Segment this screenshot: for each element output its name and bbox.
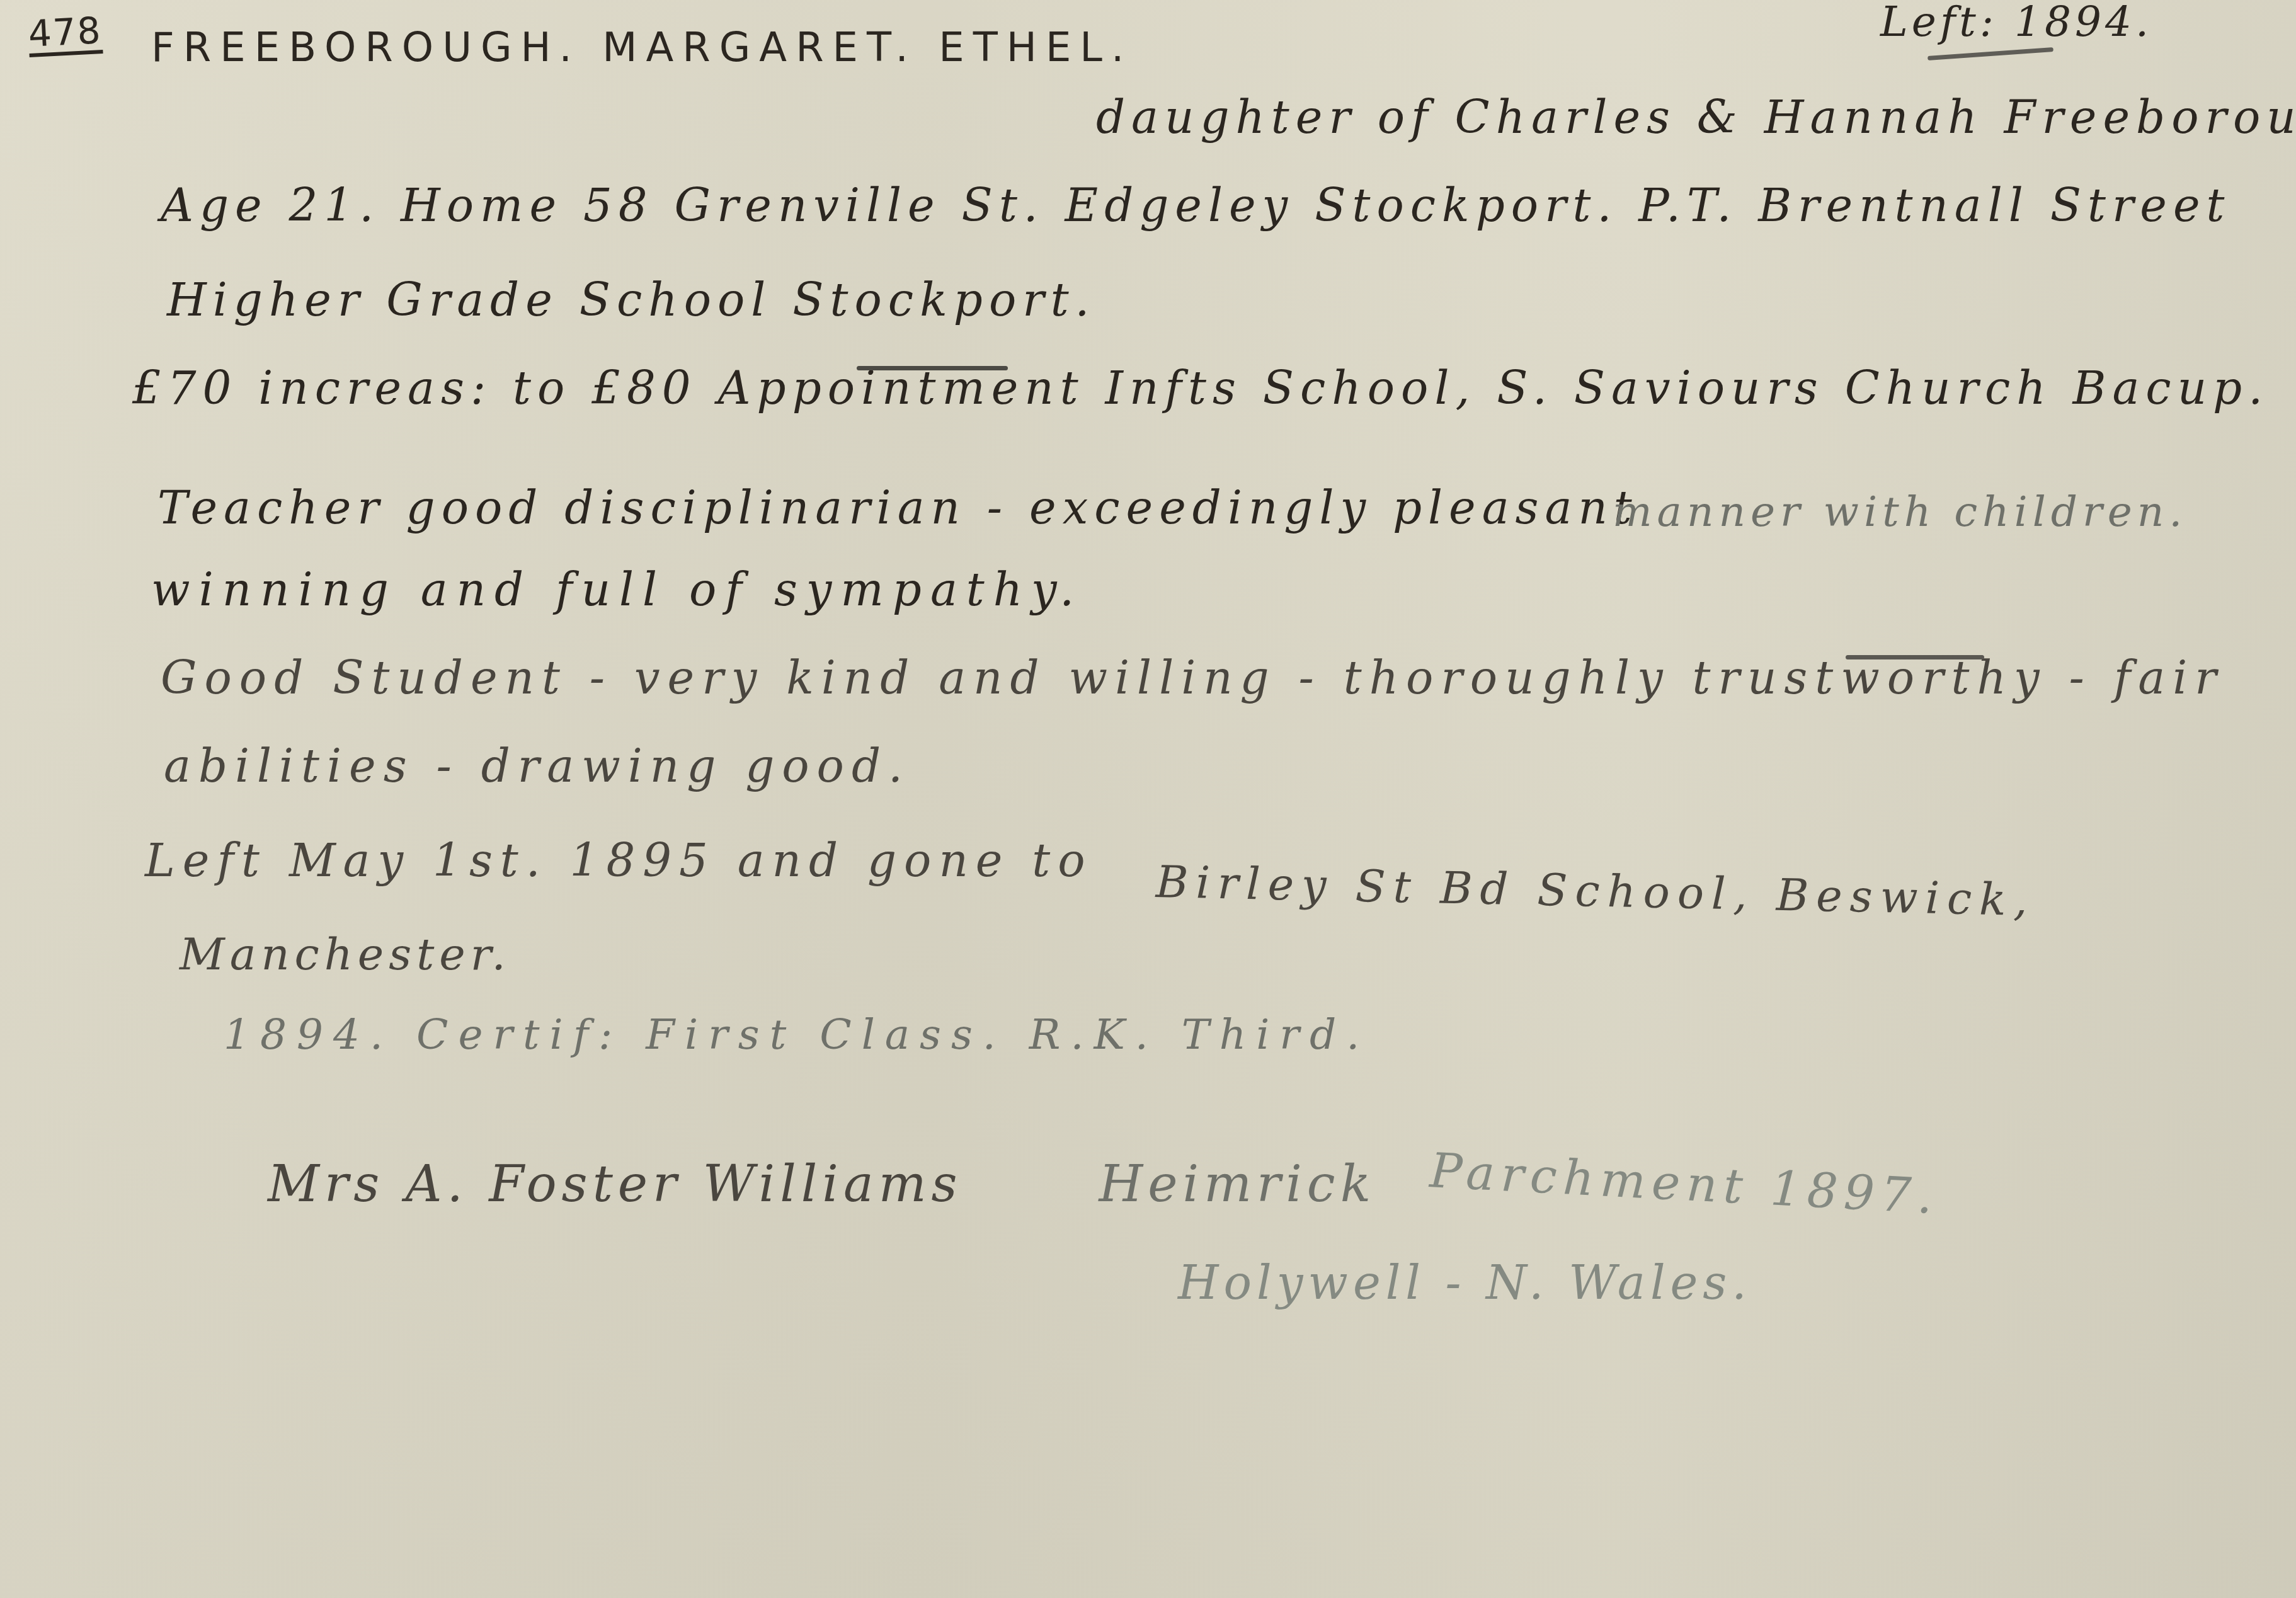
certificate-line: 1894. Certif: First Class. R.K. Third. [224,1014,1369,1056]
parchment-note: Parchment 1897. [1429,1146,1940,1221]
appointment-line: £70 increas: to £80 Appointment Infts Sc… [132,365,2269,411]
left-year-underline [1928,47,2053,60]
left-destination-line: Birley St Bd School, Beswick, [1155,860,2035,922]
teacher-report-line: Teacher good disciplinarian - exceedingl… [157,485,1638,530]
teacher-report-continuation: winning and full of sympathy. [151,567,1083,612]
student-report-continuation: abilities - drawing good. [164,743,910,789]
appointment-underline [857,366,1008,370]
left-city-line: Manchester. [180,932,511,976]
register-page: 478 FREEBOROUGH. MARGARET. ETHEL. Left: … [0,0,2296,1598]
teacher-report-tail: manner with children. [1613,491,2187,533]
entry-number: 478 [27,12,103,57]
left-date-line: Left May 1st. 1895 and gone to [145,838,1093,883]
pupil-teacher-school-line: Higher Grade School Stockport. [167,277,1096,322]
age-home-line: Age 21. Home 58 Grenville St. Edgeley St… [161,183,2231,228]
student-name-heading: FREEBOROUGH. MARGARET. ETHEL. [151,28,1133,68]
referee-name: Mrs A. Foster Williams [268,1155,962,1213]
left-year-note: Left: 1894. [1880,1,2152,43]
parentage-line: daughter of Charles & Hannah Freeborough… [1096,94,2296,140]
referee-place: Heimrick [1099,1155,1376,1213]
referee-line: Mrs A. Foster Williams Heimrick [268,1159,1376,1209]
student-report-line: Good Student - very kind and willing - t… [161,655,2224,700]
referee-address-line: Holywell - N. Wales. [1178,1260,1752,1306]
trustworthy-underline [1846,655,1984,659]
